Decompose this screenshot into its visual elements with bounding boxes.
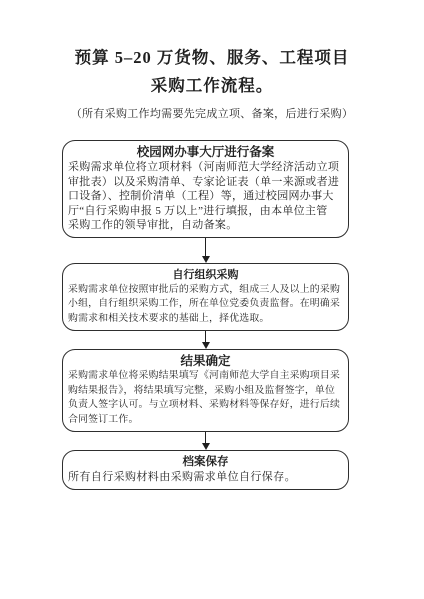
flow-step-self-organized-procurement: 自行组织采购 采购需求单位按照审批后的采购方式，组成三人及以上的采购 小组，自行…	[62, 263, 349, 332]
step-title: 档案保存	[68, 454, 343, 470]
flowchart: 校园网办事大厅进行备案 采购需求单位将立项材料（河南师范大学经济活动立项 审批表…	[62, 140, 349, 490]
step-body: 采购需求单位将采购结果填写《河南师范大学自主采购项目采 购结果报告》，将结果填写…	[68, 369, 343, 427]
document-page: 预算 5–20 万货物、服务、工程项目 采购工作流程。 （所有采购工作均需要先完…	[0, 0, 424, 599]
arrow-line	[205, 331, 207, 342]
flow-step-campus-network-filing: 校园网办事大厅进行备案 采购需求单位将立项材料（河南师范大学经济活动立项 审批表…	[62, 140, 349, 238]
step-body: 采购需求单位按照审批后的采购方式，组成三人及以上的采购 小组，自行组织采购工作，…	[68, 283, 343, 327]
document-subtitle: （所有采购工作均需要先完成立项、备案，后进行采购）	[0, 105, 424, 121]
arrow-line	[205, 432, 207, 443]
document-title-line-1: 预算 5–20 万货物、服务、工程项目	[0, 0, 424, 72]
flow-step-archive-keeping: 档案保存 所有自行采购材料由采购需求单位自行保存。	[62, 450, 349, 490]
arrow-head	[202, 256, 210, 263]
flow-step-result-confirmation: 结果确定 采购需求单位将采购结果填写《河南师范大学自主采购项目采 购结果报告》，…	[62, 349, 349, 432]
arrow-head	[202, 342, 210, 349]
arrow-down-icon	[62, 432, 349, 450]
arrow-down-icon	[62, 331, 349, 349]
step-body: 采购需求单位将立项材料（河南师范大学经济活动立项 审批表）以及采购清单、专家论证…	[68, 160, 343, 233]
step-body: 所有自行采购材料由采购需求单位自行保存。	[68, 470, 343, 485]
arrow-down-icon	[62, 238, 349, 263]
arrow-line	[205, 238, 207, 256]
step-title: 校园网办事大厅进行备案	[68, 144, 343, 160]
document-title-line-2: 采购工作流程。	[0, 72, 424, 100]
step-title: 自行组织采购	[68, 267, 343, 283]
step-title: 结果确定	[68, 353, 343, 369]
arrow-head	[202, 443, 210, 450]
